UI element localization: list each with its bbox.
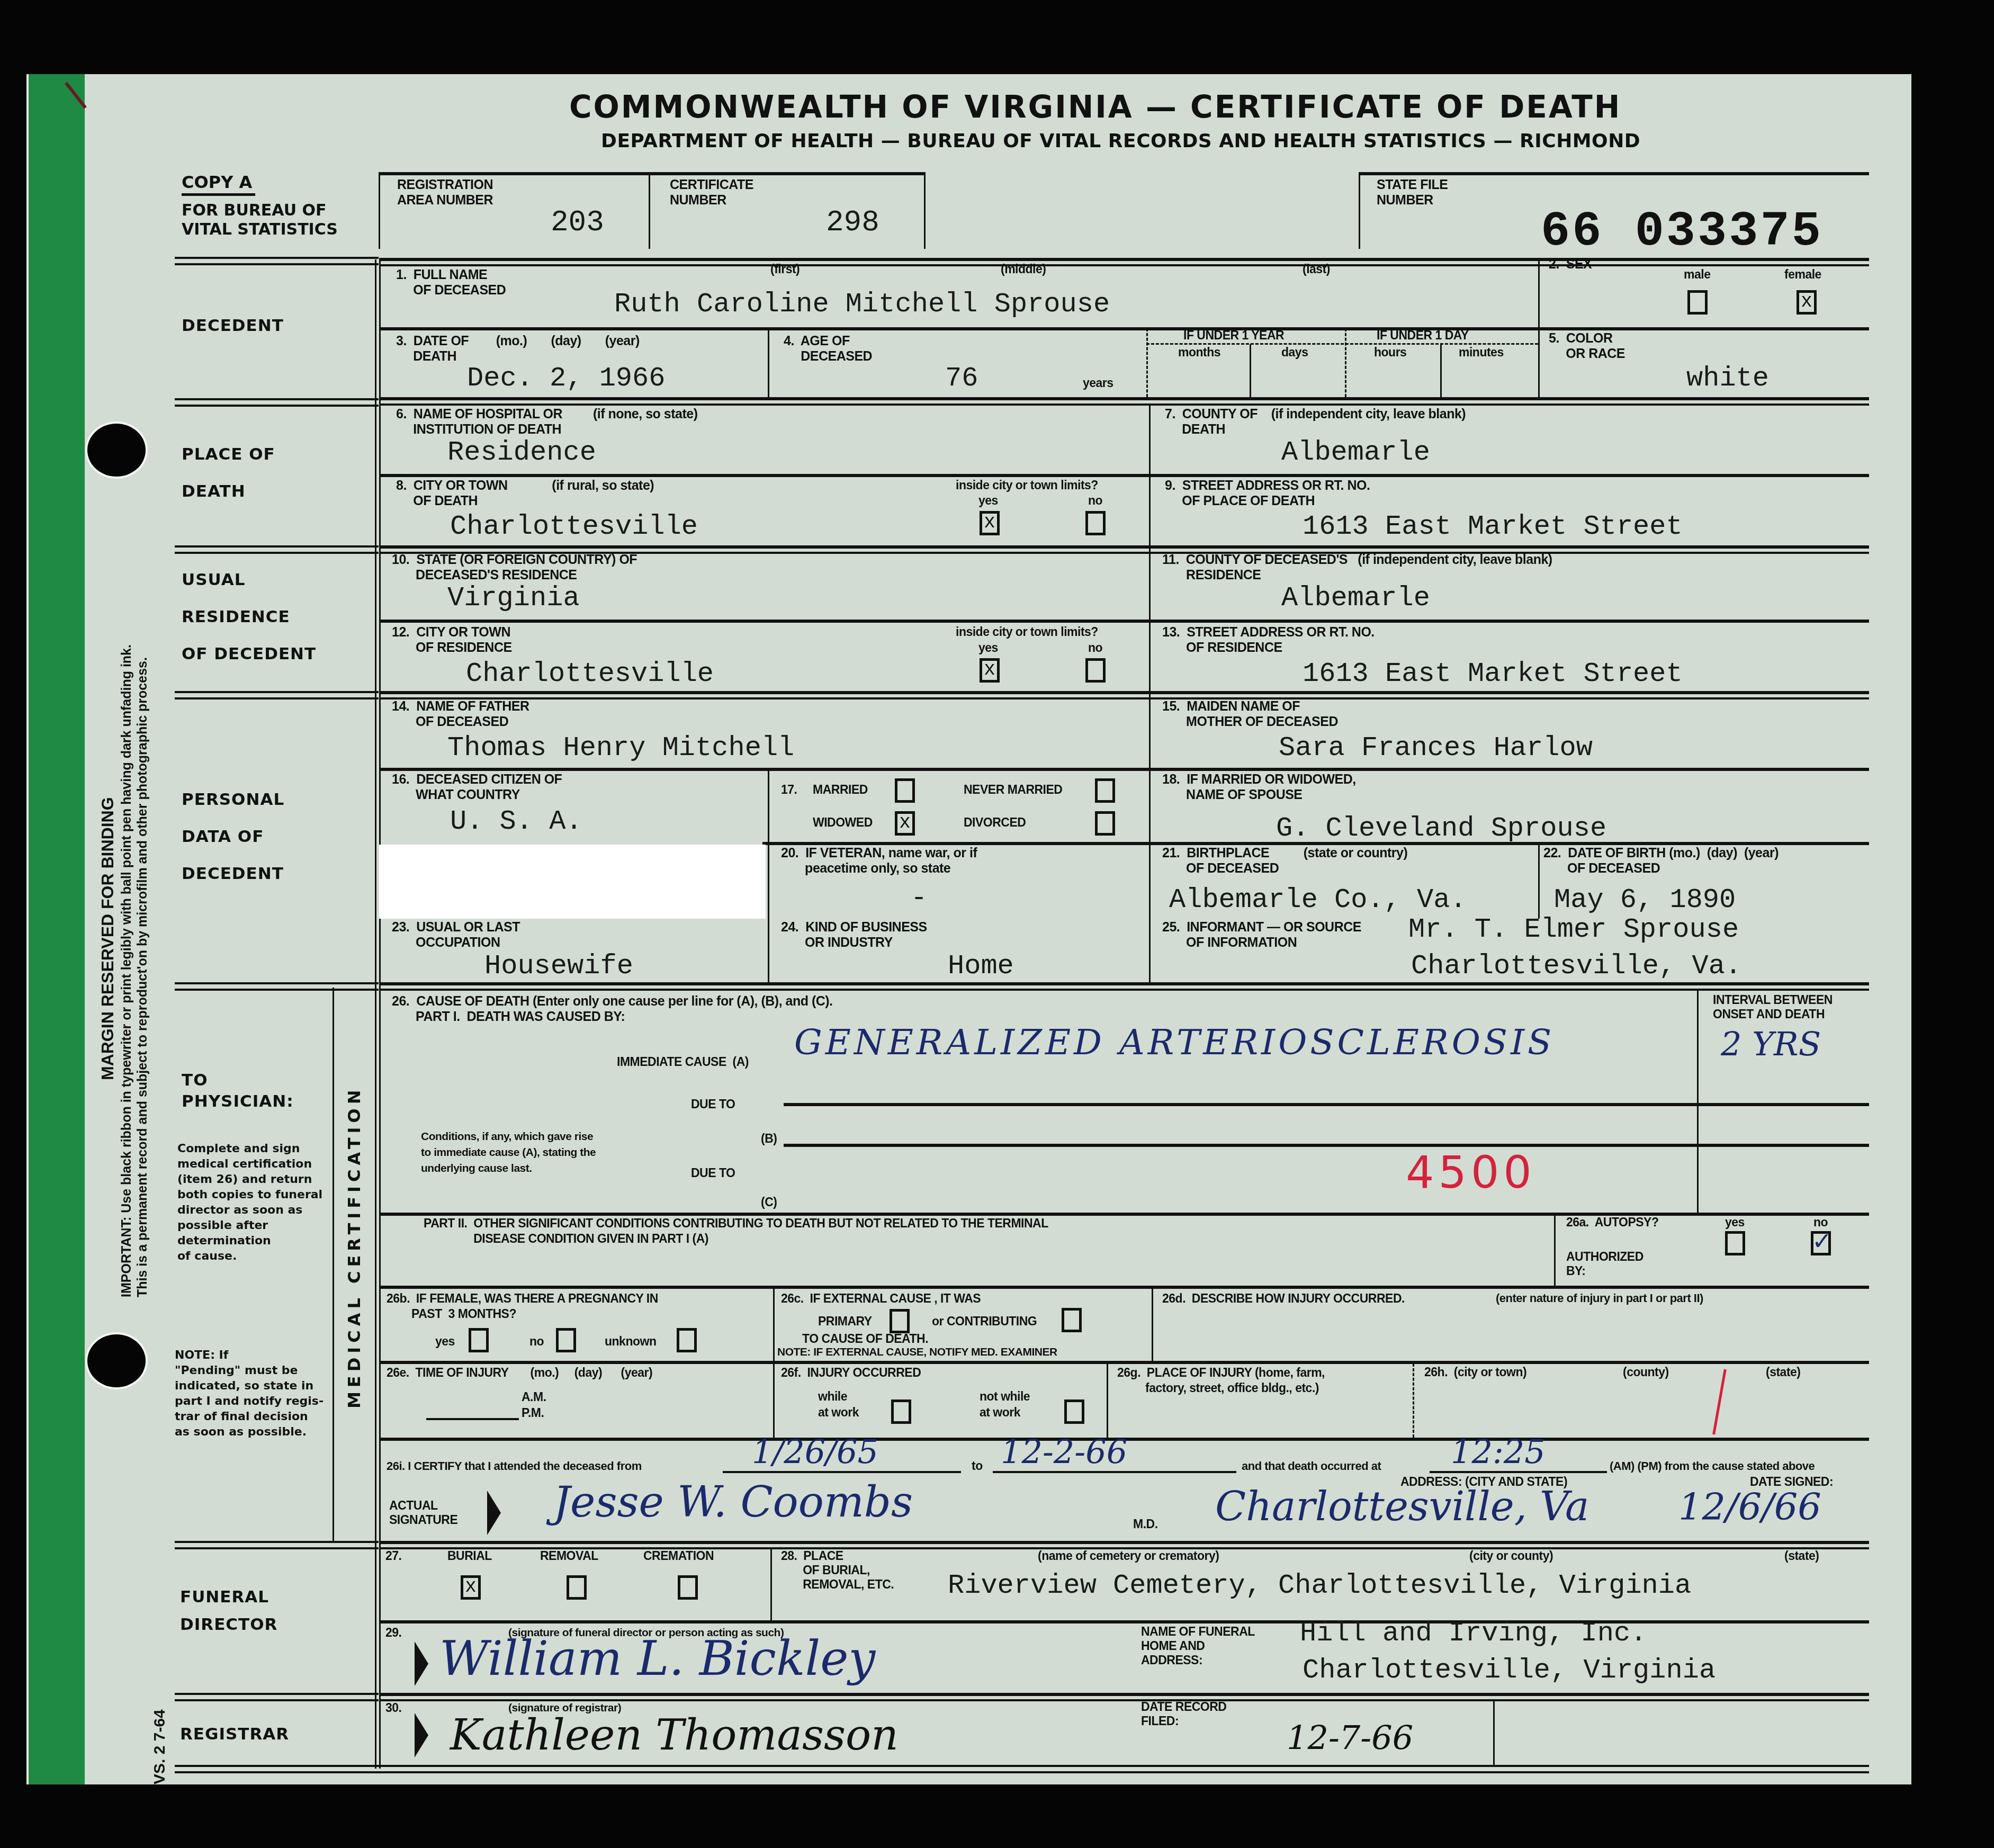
hours-label: hours [1374, 345, 1406, 360]
pregnancy-yes-checkbox[interactable] [469, 1328, 489, 1352]
field-30-num: 30. [385, 1701, 401, 1715]
field-8-no: no [1088, 494, 1102, 508]
rule [175, 1541, 379, 1543]
while-at-work-checkbox[interactable] [891, 1400, 911, 1424]
col [1107, 1363, 1108, 1438]
date-signed[interactable]: 12/6/66 [1678, 1485, 1821, 1529]
rule [175, 405, 379, 407]
widowed-label: WIDOWED [813, 815, 873, 830]
rule [175, 398, 379, 400]
col [1538, 259, 1540, 397]
rule [379, 545, 1869, 549]
col [1413, 1363, 1414, 1438]
cause-c-label: (C) [761, 1195, 777, 1209]
rule [175, 1699, 379, 1701]
rule [175, 257, 379, 259]
divorced-label: DIVORCED [964, 815, 1026, 830]
rule [379, 982, 1869, 985]
col [1152, 1287, 1153, 1363]
days-label: days [1281, 345, 1308, 360]
margin-permanent-text: This is a permanent record and subject t… [135, 657, 150, 1297]
header-div-2 [649, 172, 650, 249]
col [1149, 405, 1151, 982]
col [770, 1549, 772, 1620]
time-of-injury-line [426, 1418, 519, 1420]
field-14-label: 14. NAME OF FATHER OF DECEASED [392, 699, 529, 730]
copy-for-label: FOR BUREAU OF VITAL STATISTICS [182, 201, 338, 239]
sex-male-label: male [1684, 267, 1710, 282]
physician-signature[interactable]: Jesse W. Coombs [553, 1477, 913, 1527]
section-personal-data: PERSONAL DATA OF DECEDENT [182, 781, 284, 892]
father-name[interactable]: Thomas Henry Mitchell [447, 732, 794, 764]
rule [379, 691, 1869, 694]
field-20-label: 20. IF VETERAN, name war, or if peacetim… [781, 846, 977, 876]
md-label: M.D. [1133, 1517, 1158, 1531]
field-12-no: no [1088, 641, 1102, 655]
attended-from-date[interactable]: 1/26/65 [752, 1432, 878, 1471]
rule [379, 264, 1869, 266]
rule [379, 258, 1869, 261]
autopsy-yes-label: yes [1725, 1215, 1745, 1230]
authorized-by-label: AUTHORIZED BY: [1566, 1250, 1643, 1278]
copy-label: COPY A [182, 172, 255, 196]
state-file-value: 66 033375 [1541, 204, 1823, 259]
death-time-line [1430, 1471, 1607, 1473]
rule [379, 1541, 1869, 1544]
external-primary-checkbox[interactable] [890, 1309, 910, 1333]
binding-stripe [26, 74, 85, 1784]
field-10-label: 10. STATE (OR FOREIGN COUNTRY) OF DECEAS… [392, 552, 637, 583]
pregnancy-yes-label: yes [435, 1334, 455, 1349]
conditions-note: Conditions, if any, which gave rise to i… [421, 1129, 596, 1177]
field-5-label: 5. COLOR OR RACE [1549, 331, 1625, 362]
field-13-label: 13. STREET ADDRESS OR RT. NO. OF RESIDEN… [1162, 625, 1375, 656]
rule [379, 697, 1869, 699]
external-contributing-checkbox[interactable] [1062, 1308, 1082, 1332]
rule [379, 989, 1869, 991]
state-file-top [1359, 172, 1869, 175]
col [1554, 1215, 1556, 1287]
birthplace[interactable]: Albemarle Co., Va. [1169, 884, 1467, 916]
rule [175, 1765, 1869, 1767]
field-26h-county: (county) [1623, 1365, 1669, 1379]
stripe-edge [26, 74, 29, 1784]
divorced-checkbox[interactable] [1095, 811, 1115, 836]
death-occurred-label: and that death occurred at [1242, 1459, 1381, 1473]
field-26c-label: 26c. IF EXTERNAL CAUSE , IT WAS [781, 1291, 981, 1306]
autopsy-label: 26a. AUTOPSY? [1566, 1215, 1659, 1230]
city-county-hint: (city or county) [1469, 1549, 1553, 1563]
rule [175, 545, 379, 548]
spouse-name[interactable]: G. Cleveland Sprouse [1276, 813, 1606, 845]
field-17-num: 17. [781, 783, 797, 797]
informant-address[interactable]: Charlottesville, Va. [1411, 950, 1741, 982]
field-22-label: 22. DATE OF BIRTH (mo.) (day) (year) OF … [1543, 846, 1779, 876]
field-4-label: 4. AGE OF DECEASED [784, 334, 872, 364]
color-or-race[interactable]: white [1686, 363, 1769, 394]
never-married-label: NEVER MARRIED [964, 783, 1062, 797]
field-27-num: 27. [385, 1549, 401, 1563]
field-15-label: 15. MAIDEN NAME OF MOTHER OF DECEASED [1162, 699, 1338, 730]
header-div-1 [379, 172, 380, 249]
certificate-subtitle: DEPARTMENT OF HEALTH — BUREAU OF VITAL R… [601, 130, 1640, 152]
form-left-border [375, 259, 376, 1769]
funeral-home-address[interactable]: Charlottesville, Virginia [1303, 1655, 1715, 1686]
citizenship[interactable]: U. S. A. [450, 806, 582, 838]
field-16-label: 16. DECEASED CITIZEN OF WHAT COUNTRY [392, 772, 562, 803]
field-18-label: 18. IF MARRIED OR WIDOWED, NAME OF SPOUS… [1162, 772, 1356, 803]
field-26-label: 26. CAUSE OF DEATH (Enter only one cause… [392, 994, 833, 1025]
attended-from-line [723, 1471, 961, 1473]
header-div-4 [1359, 172, 1360, 249]
col [1146, 328, 1148, 397]
burial-label: BURIAL [447, 1549, 492, 1563]
redacted-field-19 [379, 845, 766, 919]
date-of-birth[interactable]: May 6, 1890 [1554, 884, 1736, 916]
field-26f-label: 26f. INJURY OCCURRED [781, 1365, 921, 1380]
col [1493, 1700, 1495, 1766]
sex-male-checkbox[interactable] [1687, 290, 1708, 315]
married-checkbox[interactable] [895, 778, 915, 803]
field-3-label: 3. DATE OF (mo.) (day) (year) DEATH [396, 334, 640, 364]
cause-a-value[interactable]: GENERALIZED ARTERIOSCLEROSIS [794, 1022, 1555, 1063]
autopsy-no-checkbox[interactable]: ✓ [1811, 1231, 1831, 1255]
attended-to-label: to [972, 1459, 983, 1473]
field-11-label: 11. COUNTY OF DECEASED'S (if independent… [1162, 552, 1552, 583]
registration-value: 203 [551, 207, 604, 238]
rule [784, 1103, 1869, 1106]
rule [379, 620, 1869, 623]
months-label: months [1178, 345, 1220, 360]
field-26i-label: 26i. I CERTIFY that I attended the decea… [387, 1459, 642, 1473]
place-of-death-institution[interactable]: Residence [447, 437, 596, 469]
sex-female-label: female [1784, 267, 1821, 282]
date-of-death[interactable]: Dec. 2, 1966 [467, 363, 665, 394]
field-12-limits: inside city or town limits? [956, 625, 1098, 639]
col [773, 1287, 775, 1438]
rule [379, 1693, 1869, 1696]
field-26g-label: 26g. PLACE OF INJURY (home, farm, factor… [1117, 1365, 1325, 1396]
age-of-deceased[interactable]: 76 [945, 363, 978, 394]
section-to-physician: TO PHYSICIAN: [182, 1070, 294, 1112]
death-inside-limits-yes[interactable]: x [980, 511, 1000, 535]
under-1-year-label: IF UNDER 1 YEAR [1183, 328, 1284, 343]
certificate-value: 298 [826, 207, 879, 238]
interval-a-value[interactable]: 2 YRS [1721, 1025, 1821, 1063]
rule [175, 982, 379, 984]
rule [784, 1144, 1869, 1147]
residence-inside-limits-yes[interactable]: x [980, 658, 1000, 683]
street-address-of-death[interactable]: 1613 East Market Street [1303, 511, 1683, 543]
state-file-label: STATE FILE NUMBER [1377, 177, 1448, 208]
rule [175, 691, 379, 693]
header-div-3 [924, 172, 926, 249]
field-29-num: 29. [385, 1626, 401, 1640]
sex-female-checkbox[interactable]: x [1797, 290, 1817, 315]
informant-name[interactable]: Mr. T. Elmer Sprouse [1408, 914, 1739, 946]
under-divider [1146, 343, 1538, 345]
decedent-full-name[interactable]: Ruth Caroline Mitchell Sprouse [614, 289, 1110, 320]
punch-hole-top [87, 424, 146, 477]
certificate-label: CERTIFICATE NUMBER [670, 177, 753, 208]
rule [379, 474, 1869, 477]
cremation-checkbox[interactable] [678, 1575, 698, 1600]
registration-label: REGISTRATION AREA NUMBER [397, 177, 493, 208]
due-to-2-label: DUE TO [691, 1166, 735, 1180]
col [1345, 328, 1346, 397]
mother-maiden-name[interactable]: Sara Frances Harlow [1279, 732, 1593, 764]
removal-checkbox[interactable] [567, 1575, 587, 1600]
external-primary-label: PRIMARY [818, 1314, 872, 1329]
pregnancy-unknown-checkbox[interactable] [677, 1328, 697, 1352]
field-9-label: 9. STREET ADDRESS OR RT. NO. OF PLACE OF… [1165, 478, 1370, 509]
form-number: VS. 2 7-64 [151, 1709, 169, 1784]
not-while-at-work-checkbox[interactable] [1064, 1400, 1084, 1424]
autopsy-yes-checkbox[interactable] [1725, 1231, 1745, 1255]
field-24-label: 24. KIND OF BUSINESS OR INDUSTRY [781, 920, 927, 950]
due-to-1-label: DUE TO [691, 1097, 735, 1111]
rule [175, 1547, 379, 1549]
col [768, 768, 769, 982]
cemetery-hint: (name of cemetery or crematory) [1038, 1549, 1219, 1563]
physician-instructions: Complete and sign medical certification … [177, 1141, 322, 1264]
under-1-day-label: IF UNDER 1 DAY [1377, 328, 1469, 343]
rule [379, 768, 1869, 771]
field-1-middle-hint: (middle) [1001, 262, 1046, 276]
burial-checkbox[interactable]: x [461, 1575, 481, 1600]
residence-inside-limits-no[interactable] [1085, 658, 1106, 683]
field-1-last-hint: (last) [1303, 262, 1330, 276]
field-26e-label: 26e. TIME OF INJURY (mo.) (day) (year) [387, 1365, 652, 1380]
am-label: A.M. [522, 1390, 546, 1404]
field-26d-hint: (enter nature of injury in part I or par… [1496, 1291, 1703, 1305]
registrar-signature[interactable]: Kathleen Thomasson [450, 1710, 899, 1760]
section-place-of-death: PLACE OF DEATH [182, 436, 275, 510]
funeral-home-label: NAME OF FUNERAL HOME AND ADDRESS: [1141, 1625, 1255, 1667]
section-registrar: REGISTRAR [180, 1716, 289, 1753]
county-of-death[interactable]: Albemarle [1281, 437, 1430, 469]
field-8-label: 8. CITY OR TOWN (if rural, so state) OF … [396, 478, 654, 509]
ampm-label: (AM) (PM) from the cause stated above [1610, 1459, 1815, 1473]
field-2-label: 2. SEX [1549, 257, 1592, 272]
immediate-cause-label: IMMEDIATE CAUSE (A) [617, 1055, 749, 1069]
field-8-yes: yes [978, 494, 998, 508]
punch-hole-bottom [87, 1334, 146, 1387]
rule [175, 1693, 379, 1695]
occupation[interactable]: Housewife [484, 950, 633, 982]
field-26h-state: (state) [1766, 1365, 1801, 1379]
rule [379, 403, 1869, 406]
funeral-home-name[interactable]: Hill and Irving, Inc. [1300, 1618, 1647, 1649]
street-address-of-residence[interactable]: 1613 East Market Street [1303, 658, 1683, 690]
rule [379, 1361, 1869, 1364]
part-2-label: PART II. OTHER SIGNIFICANT CONDITIONS CO… [424, 1216, 1048, 1246]
col [1538, 842, 1540, 919]
while-at-work-label: while at work [818, 1388, 859, 1420]
pregnancy-no-checkbox[interactable] [556, 1328, 576, 1352]
kind-of-business[interactable]: Home [948, 950, 1014, 982]
field-21-label: 21. BIRTHPLACE (state or country) OF DEC… [1162, 846, 1407, 876]
field-26b-label: 26b. IF FEMALE, WAS THERE A PREGNANCY IN… [387, 1291, 658, 1322]
section-usual-residence: USUAL RESIDENCE OF DECEDENT [182, 561, 316, 672]
veteran-status[interactable]: - [911, 883, 927, 914]
external-contributing-label: or CONTRIBUTING [932, 1314, 1037, 1329]
section-decedent: DECEDENT [182, 307, 284, 344]
col [1250, 344, 1251, 397]
attended-to-date[interactable]: 12-2-66 [1001, 1432, 1127, 1471]
date-filed-label: DATE RECORD FILED: [1141, 1700, 1226, 1728]
rule [379, 397, 1869, 400]
rule [175, 263, 379, 265]
field-6-label: 6. NAME OF HOSPITAL OR (if none, so stat… [396, 407, 697, 437]
external-note: NOTE: IF EXTERNAL CAUSE, NOTIFY MED. EXA… [777, 1345, 1057, 1359]
field-1-label: 1. FULL NAME OF DECEASED [396, 267, 506, 298]
rule [175, 552, 379, 554]
rule [379, 327, 1869, 330]
registrar-signature-arrow-icon [415, 1713, 428, 1757]
state-of-residence[interactable]: Virginia [447, 582, 580, 614]
rule [175, 1771, 1869, 1773]
removal-label: REMOVAL [540, 1549, 598, 1563]
medical-certification-label: MEDICAL CERTIFICATION [344, 1086, 364, 1409]
section-funeral-director: FUNERAL DIRECTOR [180, 1583, 277, 1638]
married-label: MARRIED [813, 783, 868, 797]
field-12-yes: yes [978, 641, 998, 655]
field-1-first-hint: (first) [770, 262, 800, 276]
not-while-at-work-label: not while at work [980, 1388, 1030, 1420]
margin-important-text: IMPORTANT: Use black ribbon in typewrite… [119, 644, 134, 1297]
rule [175, 697, 379, 699]
funeral-director-signature[interactable]: William L. Bickley [439, 1631, 875, 1686]
header-box-top [379, 172, 924, 175]
field-25-label: 25. INFORMANT — OR SOURCE OF INFORMATION [1162, 920, 1361, 950]
field-7-label: 7. COUNTY OF (if independent city, leave… [1165, 407, 1466, 437]
signature-arrow-icon [487, 1491, 501, 1535]
burial-place[interactable]: Riverview Cemetery, Charlottesville, Vir… [948, 1570, 1691, 1602]
rule [175, 989, 379, 991]
date-record-filed[interactable]: 12-7-66 [1287, 1718, 1413, 1757]
col [1440, 344, 1442, 397]
margin-binding-text: MARGIN RESERVED FOR BINDING [98, 797, 118, 1080]
state-hint: (state) [1784, 1549, 1819, 1563]
never-married-checkbox[interactable] [1095, 778, 1115, 803]
field-28-label: 28. PLACE OF BURIAL, REMOVAL, ETC. [781, 1549, 894, 1592]
field-12-label: 12. CITY OR TOWN OF RESIDENCE [392, 625, 512, 656]
interval-label: INTERVAL BETWEEN ONSET AND DEATH [1713, 993, 1833, 1021]
death-time[interactable]: 12:25 [1451, 1432, 1546, 1471]
pregnancy-unknown-label: unknown [605, 1334, 656, 1349]
col [768, 328, 769, 397]
to-cause-label: TO CAUSE OF DEATH. [802, 1332, 928, 1346]
pending-note: NOTE: If "Pending" must be indicated, so… [175, 1348, 324, 1440]
cause-code: 4500 [1406, 1146, 1536, 1198]
field-8-limits: inside city or town limits? [956, 478, 1098, 492]
funeral-signature-arrow-icon [415, 1641, 428, 1686]
cause-b-label: (B) [761, 1132, 777, 1146]
field-23-label: 23. USUAL OR LAST OCCUPATION [392, 920, 520, 950]
city-of-death[interactable]: Charlottesville [450, 511, 698, 543]
field-26h-label: 26h. (city or town) [1424, 1365, 1526, 1379]
attended-to-line [993, 1471, 1236, 1473]
field-26d-label: 26d. DESCRIBE HOW INJURY OCCURRED. [1162, 1291, 1405, 1306]
widowed-checkbox[interactable]: x [895, 811, 915, 836]
cremation-label: CREMATION [643, 1549, 714, 1563]
physician-address[interactable]: Charlottesville, Va [1215, 1483, 1589, 1530]
death-inside-limits-no[interactable] [1085, 511, 1106, 535]
rule [379, 1286, 1869, 1289]
actual-signature-label: ACTUAL SIGNATURE [389, 1499, 457, 1527]
minutes-label: minutes [1459, 345, 1504, 360]
pregnancy-no-label: no [529, 1334, 544, 1349]
pm-label: P.M. [522, 1406, 544, 1420]
certificate-title: COMMONWEALTH OF VIRGINIA — CERTIFICATE O… [569, 89, 1621, 125]
age-years-unit: years [1083, 376, 1113, 390]
col [1697, 990, 1699, 1213]
city-of-residence[interactable]: Charlottesville [466, 658, 714, 690]
medcert-divider [333, 988, 334, 1541]
county-of-residence[interactable]: Albemarle [1281, 582, 1430, 614]
